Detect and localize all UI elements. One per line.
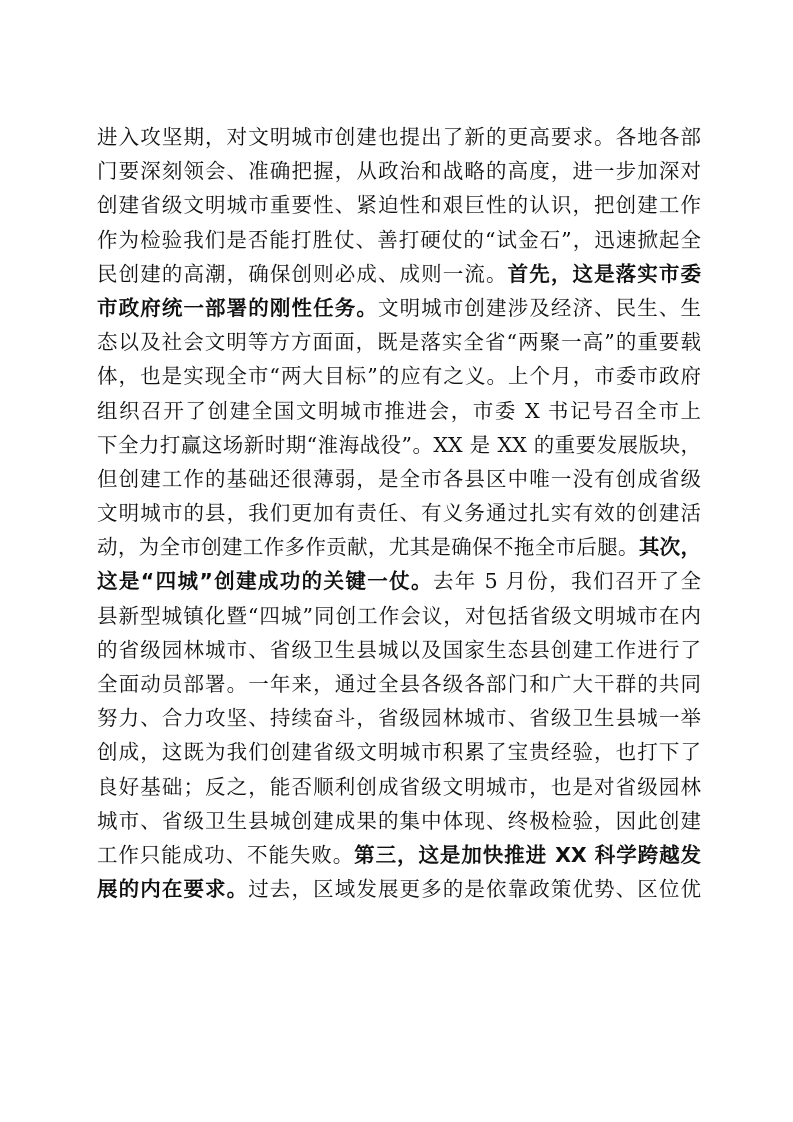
text-line-5: 民创建的高潮，确保创则必成、成则一流。首先，这是落实市委	[97, 257, 701, 291]
text-run: 文明城市创建涉及经济、民生、生	[378, 296, 701, 320]
text-line-8: 体，也是实现全市“两大目标”的应有之义。上个月，市委市政府	[97, 359, 701, 393]
text-run: 态以及社会文明等方方面面，既是落实全省“两聚一高”的重要载	[97, 330, 701, 354]
bold-heading-run: 展的内在要求。	[97, 877, 248, 901]
text-run: 但创建工作的基础还很薄弱，是全市各县区中唯一没有创成省级	[97, 467, 701, 491]
text-line-14: 这是“四城”创建成功的关键一仗。去年 5 月份，我们召开了全	[97, 564, 701, 598]
bold-heading-run: 这是“四城”创建成功的关键一仗。	[97, 569, 433, 593]
text-run: 努力、合力攻坚、持续奋斗，省级园林城市、省级卫生县城一举	[97, 706, 701, 730]
bold-heading-run: 首先，这是落实市委	[508, 262, 701, 286]
text-line-18: 努力、合力攻坚、持续奋斗，省级园林城市、省级卫生县城一举	[97, 701, 701, 735]
text-run: 良好基础；反之，能否顺利创成省级文明城市，也是对省级园林	[97, 775, 701, 799]
text-run: 进入攻坚期，对文明城市创建也提出了新的更高要求。各地各部	[97, 125, 701, 149]
text-run: 文明城市的县，我们更加有责任、有义务通过扎实有效的创建活	[97, 501, 701, 525]
text-run: 创成，这既为我们创建省级文明城市积累了宝贵经验，也打下了	[97, 740, 701, 764]
text-line-17: 全面动员部署。一年来，通过全县各级各部门和广大干群的共同	[97, 667, 701, 701]
text-line-23: 展的内在要求。过去，区域发展更多的是依靠政策优势、区位优	[97, 872, 701, 906]
text-run: 城市、省级卫生县城创建成果的集中体现、终极检验，因此创建	[97, 809, 701, 833]
text-run: 创建省级文明城市重要性、紧迫性和艰巨性的认识，把创建工作	[97, 193, 701, 217]
text-line-6: 市政府统一部署的刚性任务。文明城市创建涉及经济、民生、生	[97, 291, 701, 325]
text-line-12: 文明城市的县，我们更加有责任、有义务通过扎实有效的创建活	[97, 496, 701, 530]
bold-heading-run: 其次，	[639, 535, 701, 559]
text-line-21: 城市、省级卫生县城创建成果的集中体现、终极检验，因此创建	[97, 804, 701, 838]
text-line-22: 工作只能成功、不能失败。第三，这是加快推进 XX 科学跨越发	[97, 838, 701, 872]
text-line-7: 态以及社会文明等方方面面，既是落实全省“两聚一高”的重要载	[97, 325, 701, 359]
text-run: 门要深刻领会、准确把握，从政治和战略的高度，进一步加深对	[97, 159, 701, 183]
text-run: 动，为全市创建工作多作贡献，尤其是确保不拖全市后腿。	[97, 535, 639, 559]
text-line-9: 组织召开了创建全国文明城市推进会，市委 X 书记号召全市上	[97, 394, 701, 428]
document-page: 进入攻坚期，对文明城市创建也提出了新的更高要求。各地各部 门要深刻领会、准确把握…	[97, 120, 701, 906]
text-line-16: 的省级园林城市、省级卫生县城以及国家生态县创建工作进行了	[97, 633, 701, 667]
text-run: 去年 5 月份，我们召开了全	[433, 569, 701, 593]
text-line-13: 动，为全市创建工作多作贡献，尤其是确保不拖全市后腿。其次，	[97, 530, 701, 564]
text-run: 全面动员部署。一年来，通过全县各级各部门和广大干群的共同	[97, 672, 701, 696]
text-line-4: 作为检验我们是否能打胜仗、善打硬仗的“试金石”，迅速掀起全	[97, 223, 701, 257]
text-run: 组织召开了创建全国文明城市推进会，市委 X 书记号召全市上	[97, 399, 701, 423]
bold-heading-run: 市政府统一部署的刚性任务。	[97, 296, 378, 320]
text-line-11: 但创建工作的基础还很薄弱，是全市各县区中唯一没有创成省级	[97, 462, 701, 496]
text-line-2: 门要深刻领会、准确把握，从政治和战略的高度，进一步加深对	[97, 154, 701, 188]
bold-heading-run: 第三，这是加快推进 XX 科学跨越发	[354, 843, 701, 867]
text-run: 过去，区域发展更多的是依靠政策优势、区位优	[248, 877, 701, 901]
text-run: 的省级园林城市、省级卫生县城以及国家生态县创建工作进行了	[97, 638, 701, 662]
text-line-20: 良好基础；反之，能否顺利创成省级文明城市，也是对省级园林	[97, 770, 701, 804]
text-line-15: 县新型城镇化暨“四城”同创工作会议，对包括省级文明城市在内	[97, 599, 701, 633]
text-run: 体，也是实现全市“两大目标”的应有之义。上个月，市委市政府	[97, 364, 701, 388]
text-line-1: 进入攻坚期，对文明城市创建也提出了新的更高要求。各地各部	[97, 120, 701, 154]
text-line-19: 创成，这既为我们创建省级文明城市积累了宝贵经验，也打下了	[97, 735, 701, 769]
text-run: 工作只能成功、不能失败。	[97, 843, 354, 867]
text-line-10: 下全力打赢这场新时期“淮海战役”。XX 是 XX 的重要发展版块，	[97, 428, 701, 462]
text-run: 民创建的高潮，确保创则必成、成则一流。	[97, 262, 508, 286]
text-line-3: 创建省级文明城市重要性、紧迫性和艰巨性的认识，把创建工作	[97, 188, 701, 222]
text-run: 下全力打赢这场新时期“淮海战役”。XX 是 XX 的重要发展版块，	[97, 433, 701, 457]
text-run: 县新型城镇化暨“四城”同创工作会议，对包括省级文明城市在内	[97, 604, 701, 628]
text-run: 作为检验我们是否能打胜仗、善打硬仗的“试金石”，迅速掀起全	[97, 228, 701, 252]
